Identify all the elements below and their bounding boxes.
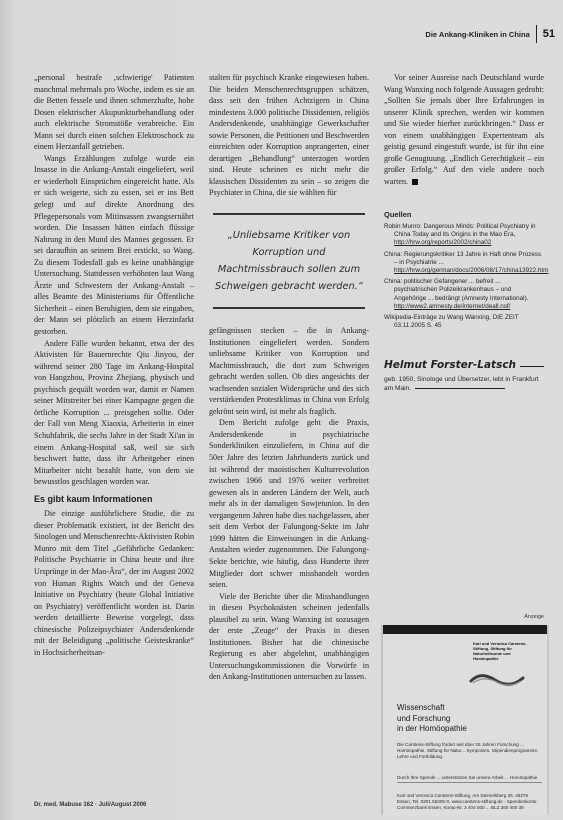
paragraph: Viele der Berichte über die Misshandlung… xyxy=(209,591,369,683)
pull-quote: „Unliebsame Kritiker von Korruption und … xyxy=(213,213,365,309)
paragraph: Vor seiner Ausreise nach Deutschland wur… xyxy=(384,72,544,187)
author-name-row: Helmut Forster-Latsch xyxy=(384,360,544,372)
source-text: China: politischer Gefangener ... befrei… xyxy=(384,278,528,301)
author-rule xyxy=(520,366,544,367)
source-item: Wikipedia-Einträge zu Wang Wanxing, DIE … xyxy=(384,314,544,330)
author-bio-rule xyxy=(415,388,505,389)
paragraph: Wangs Erzählungen zufolge wurde ein Insa… xyxy=(34,153,194,338)
ad-contact-text: Karl und Veronica Carstens-Stiftung, Am … xyxy=(397,793,542,811)
paragraph: gefängnissen stecken – die in Ankang-Ins… xyxy=(209,325,369,417)
author-bio: geb. 1950, Sinologe und Übersetzer, lebt… xyxy=(384,375,544,393)
ad-heading: Wissenschaft und Forschung in der Homöop… xyxy=(397,703,537,735)
source-item: Robin Munro: Dangerous Minds: Political … xyxy=(384,223,544,248)
magazine-page: Die Ankang-Kliniken in China 51 „persona… xyxy=(0,0,563,820)
advertisement[interactable]: Karl und Veronica Carstens-Stiftung, Sti… xyxy=(381,625,549,815)
wave-logo-icon xyxy=(469,673,525,687)
column-3: Vor seiner Ausreise nach Deutschland wur… xyxy=(384,72,544,393)
author-bio-text: geb. 1950, Sinologe und Übersetzer, lebt… xyxy=(384,376,539,392)
source-link[interactable]: http://www2.amnesty.de/internet/deall.ns… xyxy=(394,303,510,310)
running-head: Die Ankang-Kliniken in China 51 xyxy=(425,25,555,43)
source-item: China: politischer Gefangener ... befrei… xyxy=(384,278,544,311)
paragraph: Dem Bericht zufolge geht die Praxis, And… xyxy=(209,417,369,590)
paragraph-text: Vor seiner Ausreise nach Deutschland wur… xyxy=(384,73,544,186)
sources-heading: Quellen xyxy=(384,209,544,221)
source-text: China: Regierungskritiker 13 Jahre in Ha… xyxy=(384,251,541,266)
page-number: 51 xyxy=(543,28,555,40)
section-title: Die Ankang-Kliniken in China xyxy=(425,30,529,39)
ad-heading-line: und Forschung xyxy=(397,714,537,725)
paragraph: „personal bestrafe ‚schwierige' Patiente… xyxy=(34,72,194,153)
source-link[interactable]: http://hrw.org/german/docs/2006/08/17/ch… xyxy=(394,267,548,274)
column-1: „personal bestrafe ‚schwierige' Patiente… xyxy=(34,72,194,658)
paragraph: Die einzige ausführlichere Studie, die z… xyxy=(34,508,194,658)
author-box: Helmut Forster-Latsch geb. 1950, Sinolog… xyxy=(384,360,544,393)
ad-heading-line: Wissenschaft xyxy=(397,703,537,714)
subheading: Es gibt kaum Informationen xyxy=(34,494,194,506)
column-2: stalten für psychisch Kranke eingewiesen… xyxy=(209,72,369,683)
paragraph: stalten für psychisch Kranke eingewiesen… xyxy=(209,72,369,199)
ad-heading-line: in der Homöopathie xyxy=(397,724,537,735)
ad-body-text: Durch Ihre Spende ... unterstützen Sie u… xyxy=(397,775,542,783)
source-item: China: Regierungskritiker 13 Jahre in Ha… xyxy=(384,251,544,276)
ad-top-bar xyxy=(383,625,547,634)
ad-brand: Karl und Veronica Carstens-Stiftung, Sti… xyxy=(473,641,533,661)
author-name: Helmut Forster-Latsch xyxy=(384,360,516,372)
source-text: Robin Munro: Dangerous Minds: Political … xyxy=(384,223,536,238)
ad-body-text: Die Carstens-Stiftung fördert seit über … xyxy=(397,742,542,760)
ad-label: Anzeige xyxy=(384,614,544,620)
end-mark-icon xyxy=(412,179,418,185)
source-link[interactable]: http://hrw.org/reports/2002/china02 xyxy=(394,239,491,246)
header-divider xyxy=(536,25,537,43)
source-text: Wikipedia-Einträge zu Wang Wanxing, DIE … xyxy=(384,314,519,329)
paragraph: Andere Fälle wurden bekannt, etwa der de… xyxy=(34,338,194,488)
page-footer: Dr. med. Mabuse 162 · Juli/August 2006 xyxy=(34,802,146,808)
